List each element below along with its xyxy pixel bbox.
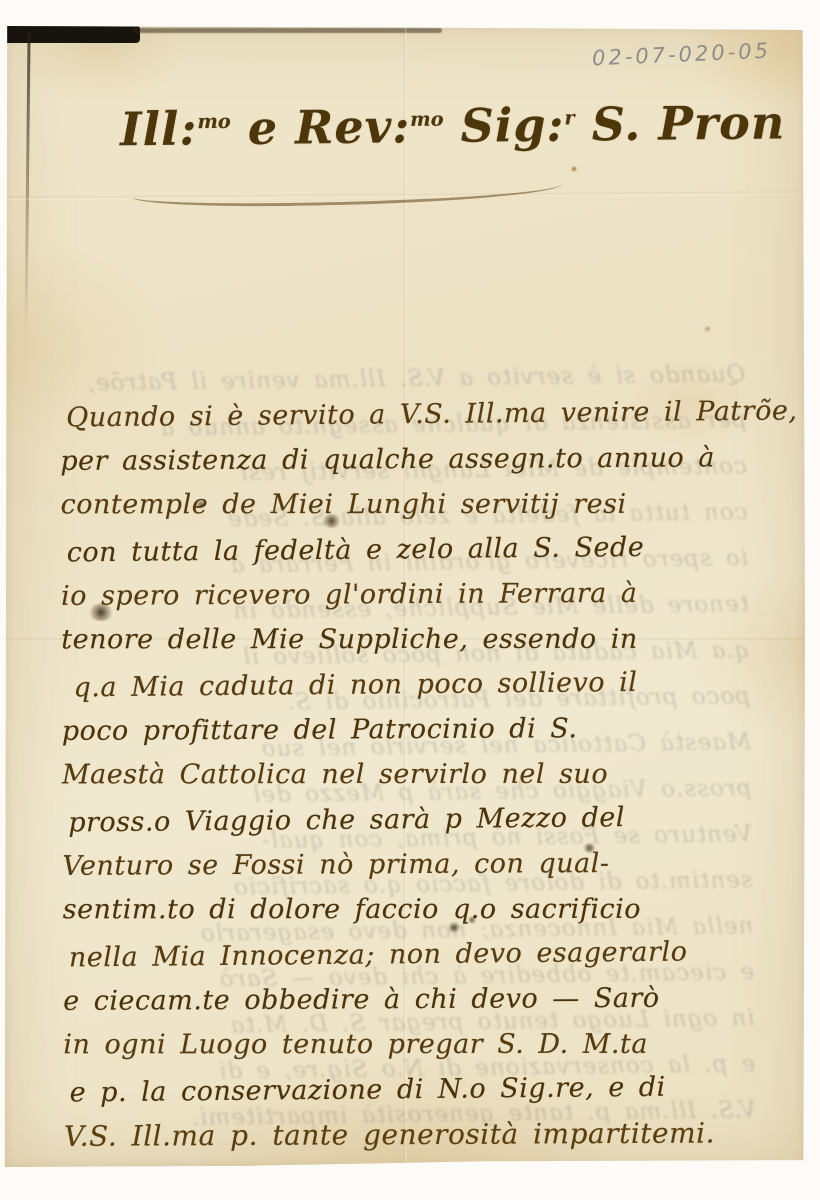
body-line: e p. la conservazione di N.o Sig.re, e d…: [69, 1064, 783, 1116]
letter-body: Quando si è servito a V.S. Ill.ma venire…: [60, 390, 784, 1159]
body-line: sentim.to di dolore faccio q.o sacrifici…: [63, 887, 783, 933]
paper-left-crease: [24, 32, 30, 332]
salutation-flourish: [132, 172, 562, 209]
body-line: Venturo se Fossi nò prima, con qual-: [62, 840, 782, 889]
body-line: in ogni Luogo tenuto pregar S. D. M.ta: [63, 1022, 783, 1068]
salutation-text: Ill:: [120, 101, 198, 156]
body-line: pross.o Viaggio che sarà p Mezzo del: [68, 794, 782, 846]
salutation-text: Sig:: [443, 98, 564, 153]
body-line: q.a Mia caduta di non poco sollievo il: [73, 659, 781, 711]
foxing-speck: [704, 326, 711, 332]
scanner-background: 02-07-020-05 Ill:mo e Rev:mo Sig:r S. Pr…: [0, 0, 820, 1200]
ink-stain: [583, 843, 596, 853]
paper-sheet: 02-07-020-05 Ill:mo e Rev:mo Sig:r S. Pr…: [4, 26, 805, 1167]
salutation-superscript: mo: [197, 110, 231, 133]
body-line: e ciecam.te obbedire à chi devo — Sarò: [63, 975, 783, 1024]
ink-stain: [88, 604, 114, 621]
ink-stain: [468, 916, 476, 924]
body-line: nella Mia Innocenza; non devo esagerarlo: [69, 929, 783, 981]
ink-stain: [322, 514, 341, 528]
salutation-text: S. Pron Col:: [574, 94, 805, 151]
ink-stain: [448, 922, 460, 933]
body-line: Quando si è servito a V.S. Ill.ma venire…: [66, 389, 780, 441]
body-line: contemple de Miei Lunghi servitij resi: [61, 482, 781, 528]
body-line: io spero ricevero gl'ordini in Ferrara à: [61, 570, 781, 619]
salutation-superscript: mo: [410, 108, 444, 131]
body-line: tenore delle Mie Suppliche, essendo in: [61, 617, 781, 663]
salutation-superscript: r: [564, 106, 574, 129]
paper-edge-line: [132, 28, 442, 33]
ink-stain: [196, 500, 206, 509]
body-line: con tutta la fedeltà e zelo alla S. Sede: [67, 524, 781, 576]
paper-edge-shadow: [4, 26, 140, 43]
salutation-line: Ill:mo e Rev:mo Sig:r S. Pron Col:mo: [120, 94, 805, 157]
body-line: Maestà Cattolica nel servirlo nel suo: [62, 752, 782, 798]
body-line: V.S. Ill.ma p. tante generosità impartit…: [64, 1110, 784, 1159]
body-line: poco profittare del Patrocinio di S.: [62, 705, 782, 754]
foxing-speck: [571, 166, 577, 172]
catalog-number: 02-07-020-05: [592, 38, 793, 71]
salutation-text: e Rev:: [231, 99, 411, 155]
body-line: per assistenza di qualche assegn.to annu…: [60, 435, 780, 484]
